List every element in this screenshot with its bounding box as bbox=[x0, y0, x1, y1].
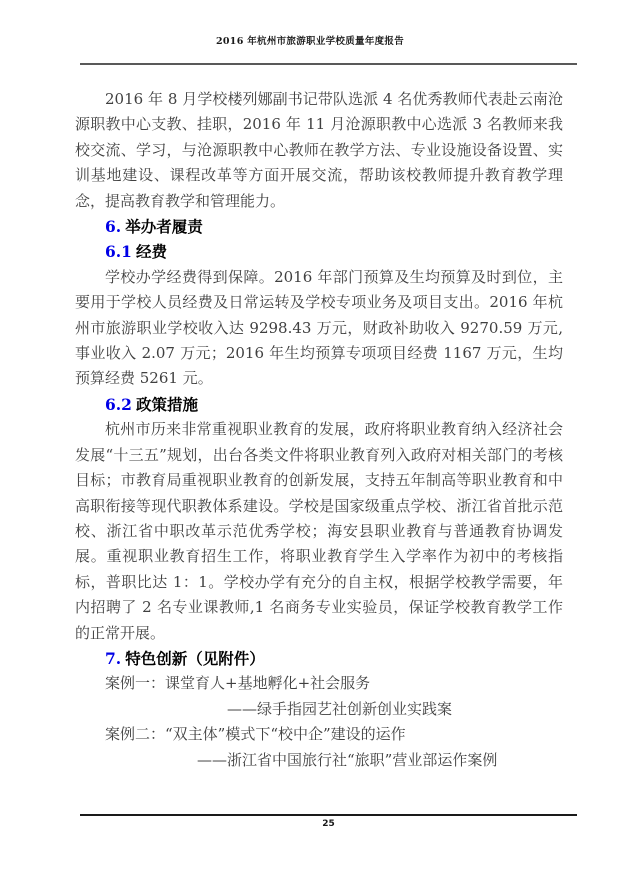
case-1-title: 案例一：课堂育人+基地孵化+社会服务 bbox=[75, 671, 563, 696]
header-title: 2016 年杭州市旅游职业学校质量年度报告 bbox=[0, 33, 620, 47]
section-6-1-heading: 6.1经费 bbox=[75, 239, 563, 264]
document-body: 2016 年 8 月学校楼列娜副书记带队选派 4 名优秀教师代表赴云南沧源职教中… bbox=[75, 87, 563, 773]
section-6-1-number: 6.1 bbox=[105, 242, 132, 261]
section-6-heading: 6.举办者履责 bbox=[75, 214, 563, 239]
case-2-title: 案例二：“双主体”模式下“校中企”建设的运作 bbox=[75, 722, 563, 747]
header-rule bbox=[80, 63, 577, 65]
section-6-2-number: 6.2 bbox=[105, 395, 132, 414]
document-page: 2016 年杭州市旅游职业学校质量年度报告 2016 年 8 月学校楼列娜副书记… bbox=[0, 0, 620, 877]
intro-paragraph: 2016 年 8 月学校楼列娜副书记带队选派 4 名优秀教师代表赴云南沧源职教中… bbox=[75, 87, 563, 214]
section-6-2-title: 政策措施 bbox=[136, 395, 198, 414]
section-6-2-heading: 6.2政策措施 bbox=[75, 392, 563, 417]
footer-rule bbox=[80, 814, 577, 816]
case-2-subtitle: ——浙江省中国旅行社“旅职”营业部运作案例 bbox=[75, 748, 563, 773]
section-6-title: 举办者履责 bbox=[125, 217, 203, 236]
policy-paragraph: 杭州市历来非常重视职业教育的发展，政府将职业教育纳入经济社会发展“十三五”规划，… bbox=[75, 417, 563, 646]
page-number: 25 bbox=[80, 819, 577, 829]
section-6-1-title: 经费 bbox=[136, 242, 167, 261]
section-7-number: 7. bbox=[105, 649, 121, 668]
case-1-subtitle: ——绿手指园艺社创新创业实践案 bbox=[75, 697, 563, 722]
section-7-heading: 7.特色创新（见附件） bbox=[75, 646, 563, 671]
section-6-number: 6. bbox=[105, 217, 121, 236]
funding-paragraph: 学校办学经费得到保障。2016 年部门预算及生均预算及时到位，主要用于学校人员经… bbox=[75, 265, 563, 392]
section-7-title: 特色创新（见附件） bbox=[125, 649, 265, 668]
